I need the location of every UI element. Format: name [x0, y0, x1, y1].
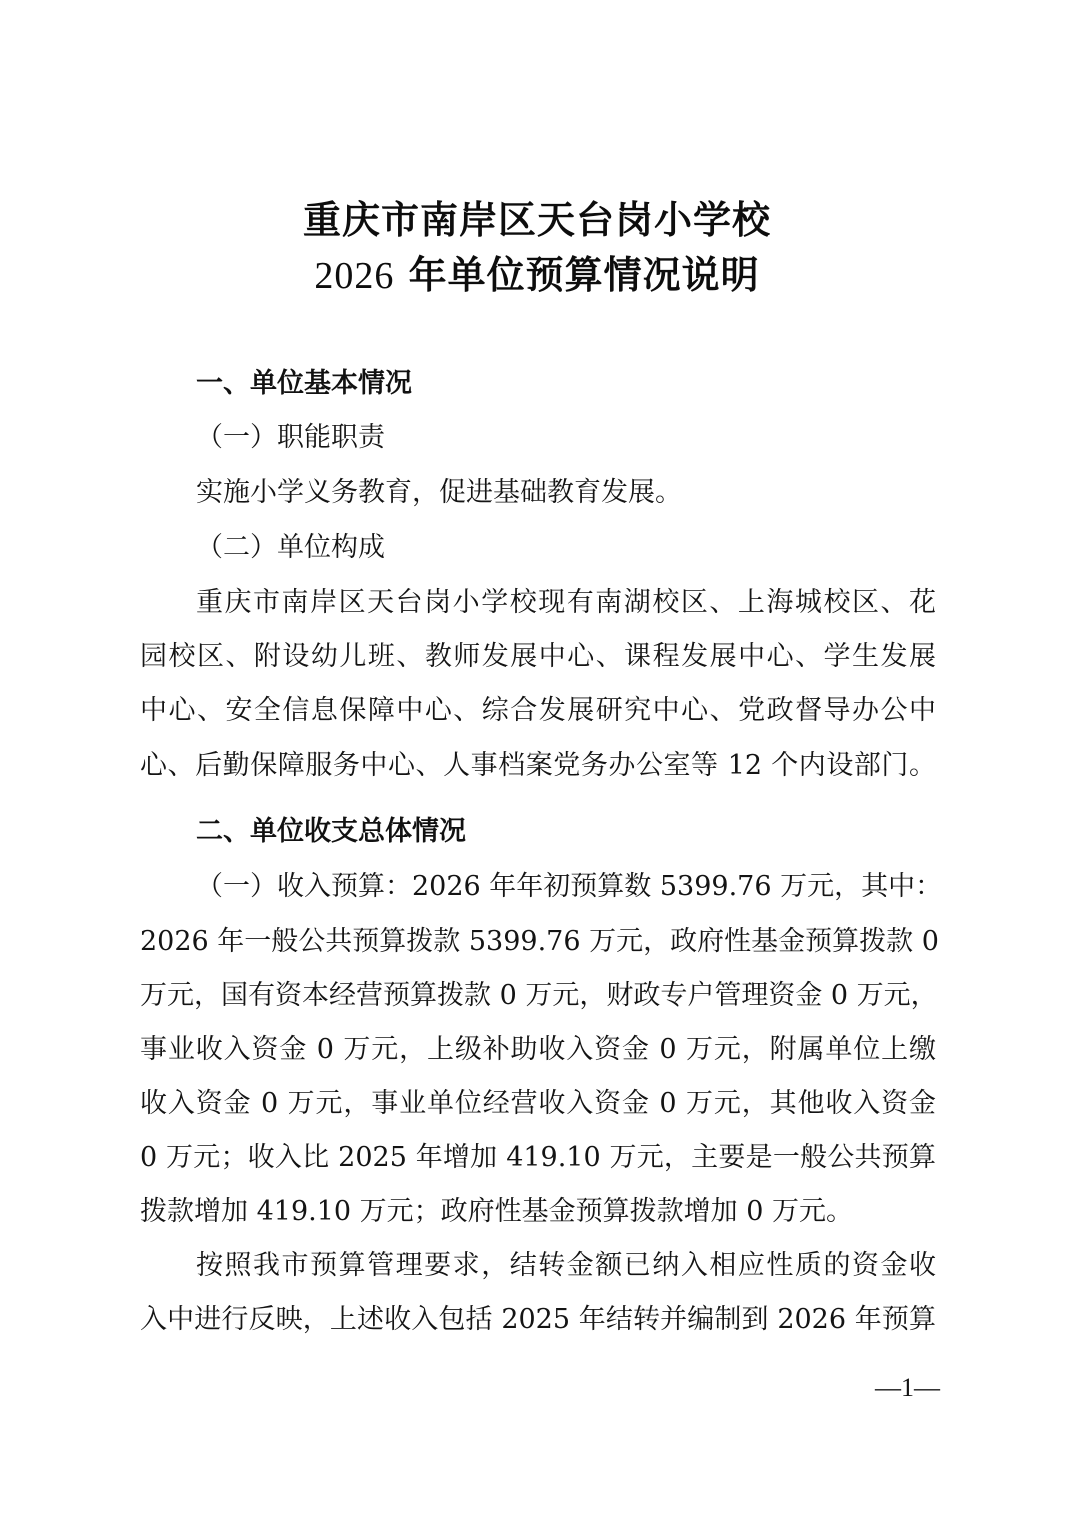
document-title-line-2: 2026 年单位预算情况说明 — [0, 251, 1074, 300]
income-budget-line: 万元，国有资本经营预算拨款 0 万元，财政专户管理资金 0 万元， — [140, 976, 936, 1016]
income-budget-line: 0 万元；收入比 2025 年增加 419.10 万元，主要是一般公共预算 — [140, 1138, 936, 1178]
income-budget-line: 2026 年一般公共预算拨款 5399.76 万元，政府性基金预算拨款 0 — [140, 922, 936, 962]
carryover-line: 入中进行反映，上述收入包括 2025 年结转并编制到 2026 年预算 — [140, 1300, 936, 1340]
composition-line: 中心、安全信息保障中心、综合发展研究中心、党政督导办公中 — [140, 691, 936, 731]
title-year: 2026 — [314, 255, 394, 297]
subsection-heading-functions: （一）职能职责 — [196, 418, 936, 458]
income-budget-line: 事业收入资金 0 万元，上级补助收入资金 0 万元，附属单位上缴 — [140, 1030, 936, 1070]
income-budget-line: 收入资金 0 万元，事业单位经营收入资金 0 万元，其他收入资金 — [140, 1084, 936, 1124]
page-number: —1— — [860, 1370, 940, 1406]
composition-line: 重庆市南岸区天台岗小学校现有南湖校区、上海城校区、花 — [196, 583, 936, 623]
income-budget-line: 拨款增加 419.10 万元；政府性基金预算拨款增加 0 万元。 — [140, 1192, 936, 1232]
title-subject: 年单位预算情况说明 — [394, 252, 759, 297]
section-heading-basic-info: 一、单位基本情况 — [196, 364, 936, 404]
functions-text: 实施小学义务教育，促进基础教育发展。 — [196, 473, 936, 513]
section-heading-revenue-expenditure: 二、单位收支总体情况 — [196, 812, 936, 852]
income-budget-line: （一）收入预算：2026 年年初预算数 5399.76 万元，其中： — [196, 867, 936, 907]
composition-line: 心、后勤保障服务中心、人事档案党务办公室等 12 个内设部门。 — [140, 746, 936, 786]
document-page: 重庆市南岸区天台岗小学校 2026 年单位预算情况说明 一、单位基本情况 （一）… — [0, 0, 1074, 1520]
subsection-heading-composition: （二）单位构成 — [196, 528, 936, 568]
carryover-line: 按照我市预算管理要求，结转金额已纳入相应性质的资金收 — [196, 1246, 936, 1286]
composition-line: 园校区、附设幼儿班、教师发展中心、课程发展中心、学生发展 — [140, 637, 936, 677]
document-title-line-1: 重庆市南岸区天台岗小学校 — [0, 196, 1074, 244]
